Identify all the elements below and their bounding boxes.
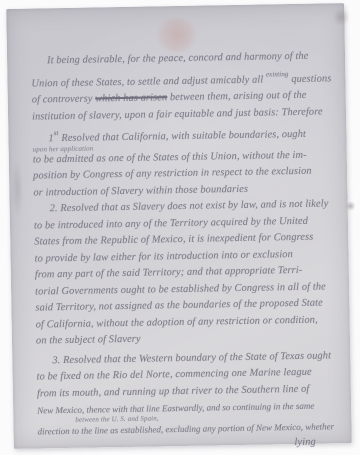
text-segment: position by Congress of any restriction …: [33, 166, 312, 182]
text-segment: torial Governments ought to be establish…: [35, 281, 326, 297]
stain-mark: [346, 201, 356, 211]
stain-mark: [332, 9, 350, 25]
text-segment: questions: [288, 73, 331, 85]
manuscript-text: It being desirable, for the peace, conco…: [31, 48, 344, 455]
text-segment: of California, without the adoption of a…: [36, 314, 318, 330]
text-segment: from its mouth, and running up that rive…: [37, 383, 310, 399]
text-segment: It being desirable, for the peace, conco…: [47, 51, 309, 67]
text-segment: between them, arising out of the: [167, 90, 306, 103]
text-segment: 2. Resolved that as Slavery does not exi…: [50, 198, 329, 214]
text-segment: to provide by law either for its introdu…: [34, 249, 292, 265]
document-scan: It being desirable, for the peace, conco…: [0, 0, 360, 455]
stain-mark: [154, 18, 199, 53]
text-segment: institution of slavery, upon a fair equi…: [32, 106, 323, 122]
text-segment: of controversy: [32, 93, 96, 105]
text-segment: to be introduced into any of the Territo…: [34, 215, 308, 231]
text-segment: from any part of the said Territory; and…: [35, 265, 303, 281]
manuscript-page: It being desirable, for the peace, conco…: [6, 3, 352, 449]
text-segment: or introduction of Slavery within those …: [33, 183, 248, 198]
text-segment: Union of these States, to settle and adj…: [31, 74, 266, 89]
text-segment: lying: [294, 437, 315, 448]
text-segment: said Territory, not assigned as the boun…: [35, 298, 323, 314]
stain-mark: [11, 159, 24, 219]
text-segment: upon her application: [33, 144, 94, 153]
text-segment: on the subject of Slavery: [36, 334, 141, 347]
text-segment: between the U. S. and Spain,: [75, 414, 158, 423]
text-segment: to be fixed on the Rio del Norte, commen…: [37, 367, 312, 383]
text-segment: 3. Resolved that the Western boundary of…: [52, 350, 331, 366]
interlined-word: existing: [266, 70, 289, 78]
struck-text: which has arisen: [95, 92, 167, 104]
text-segment: States from the Republic of Mexico, it i…: [34, 232, 313, 248]
